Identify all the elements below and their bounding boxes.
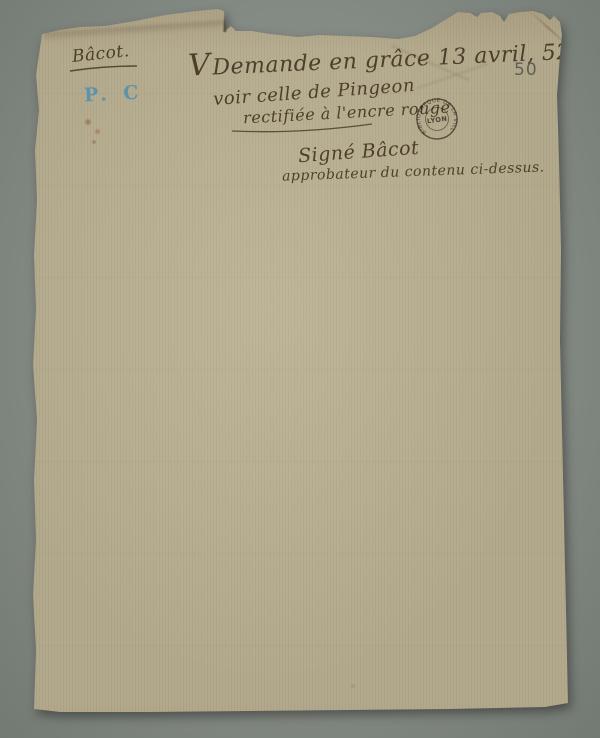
blue-pc-stamp-text: P. C (83, 81, 144, 106)
round-stamp-center-text: LYON (426, 115, 447, 126)
page-number-pencil: 50 (514, 60, 538, 80)
paper-sheet-wrap: Bâcot. P. C VDemande en grâce 13 avril, … (0, 0, 600, 738)
annotation-bacot: Bâcot. (71, 41, 130, 67)
signature-line: Signé Bâcot (297, 137, 420, 167)
fox-spot (94, 128, 101, 135)
svg-text:BIBLIOTHEQUE DE LA VILLE: BIBLIOTHEQUE DE LA VILLE (397, 79, 460, 139)
library-round-stamp: BIBLIOTHEQUE DE LA VILLE LYON (397, 79, 476, 158)
fox-spot (350, 683, 356, 689)
fox-spot (91, 139, 97, 145)
scan-backdrop: { "document": { "annotation_topleft": "B… (0, 0, 600, 738)
fox-spot (84, 118, 92, 126)
tear-crack (223, 11, 227, 32)
top-edge-fold-shadow (44, 19, 234, 41)
paper-sheet: Bâcot. P. C VDemande en grâce 13 avril, … (0, 0, 600, 738)
title-initial-flourish: V (187, 48, 211, 84)
round-stamp-ring-text: BIBLIOTHEQUE DE LA VILLE (397, 79, 460, 139)
